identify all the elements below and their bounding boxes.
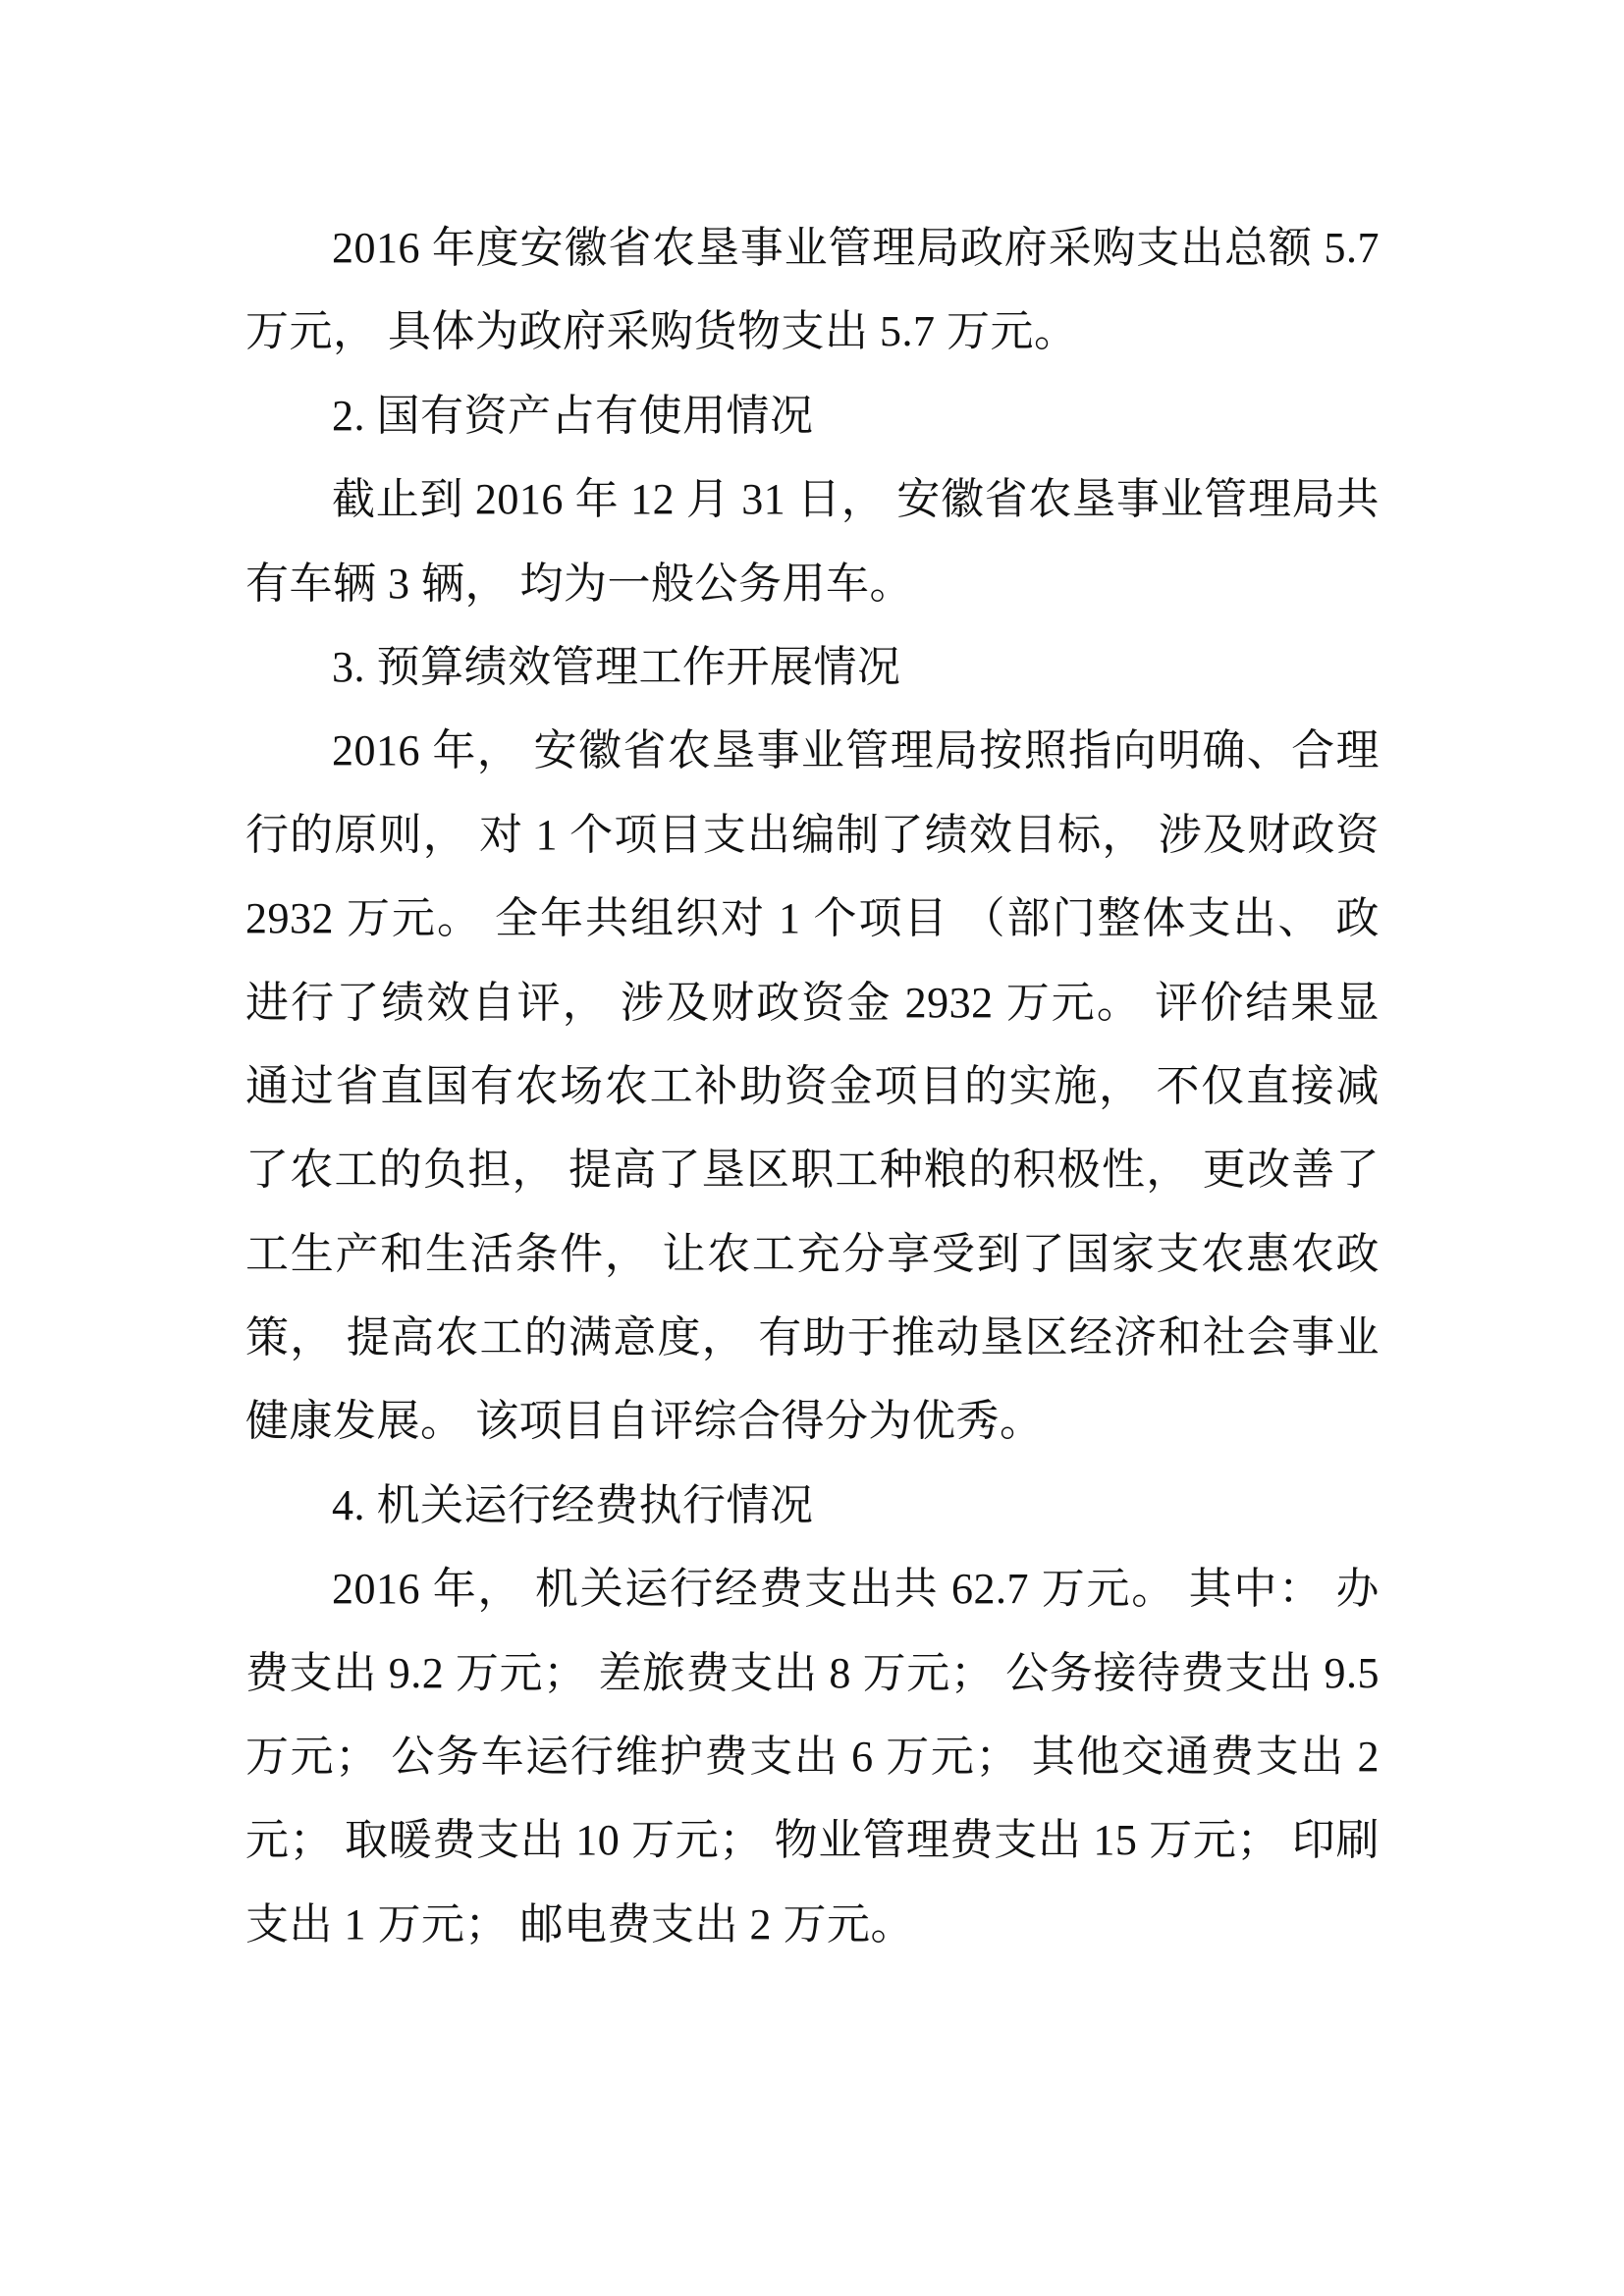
- text-line: 进行了绩效自评， 涉及财政资金 2932 万元。 评价结果显示: [245, 961, 1380, 1044]
- text-line: 2016 年度安徽省农垦事业管理局政府采购支出总额 5.7: [245, 206, 1380, 290]
- text-line: 2016 年， 机关运行经费支出共 62.7 万元。 其中： 办公: [245, 1547, 1380, 1630]
- text-line: 费支出 9.2 万元； 差旅费支出 8 万元； 公务接待费支出 9.5: [245, 1631, 1380, 1715]
- text-line: 行的原则， 对 1 个项目支出编制了绩效目标， 涉及财政资金: [245, 793, 1380, 877]
- text-line: 万元， 具体为政府采购货物支出 5.7 万元。: [245, 290, 1380, 373]
- document-text-block: 2016 年度安徽省农垦事业管理局政府采购支出总额 5.7 万元， 具体为政府采…: [245, 206, 1380, 1966]
- text-line: 支出 1 万元； 邮电费支出 2 万元。: [245, 1883, 1380, 1966]
- text-line: 2932 万元。 全年共组织对 1 个项目 （部门整体支出、 政策）: [245, 877, 1380, 960]
- section-heading: 3. 预算绩效管理工作开展情况: [245, 625, 1380, 709]
- text-line: 策， 提高农工的满意度， 有助于推动垦区经济和社会事业的: [245, 1296, 1380, 1379]
- text-line: 通过省直国有农场农工补助资金项目的实施， 不仅直接减轻: [245, 1044, 1380, 1128]
- text-line: 万元； 公务车运行维护费支出 6 万元； 其他交通费支出 2 万: [245, 1715, 1380, 1798]
- text-line: 有车辆 3 辆， 均为一般公务用车。: [245, 542, 1380, 625]
- section-heading: 2. 国有资产占有使用情况: [245, 374, 1380, 457]
- text-line: 工生产和生活条件， 让农工充分享受到了国家支农惠农政: [245, 1212, 1380, 1296]
- text-line: 2016 年， 安徽省农垦事业管理局按照指向明确、合理可: [245, 709, 1380, 792]
- text-line: 元； 取暖费支出 10 万元； 物业管理费支出 15 万元； 印刷费: [245, 1798, 1380, 1882]
- text-line: 截止到 2016 年 12 月 31 日， 安徽省农垦事业管理局共: [245, 457, 1380, 541]
- document-page: 2016 年度安徽省农垦事业管理局政府采购支出总额 5.7 万元， 具体为政府采…: [0, 0, 1624, 2296]
- text-line: 了农工的负担， 提高了垦区职工种粮的积极性， 更改善了农: [245, 1128, 1380, 1211]
- text-line: 健康发展。 该项目自评综合得分为优秀。: [245, 1379, 1380, 1463]
- section-heading: 4. 机关运行经费执行情况: [245, 1464, 1380, 1547]
